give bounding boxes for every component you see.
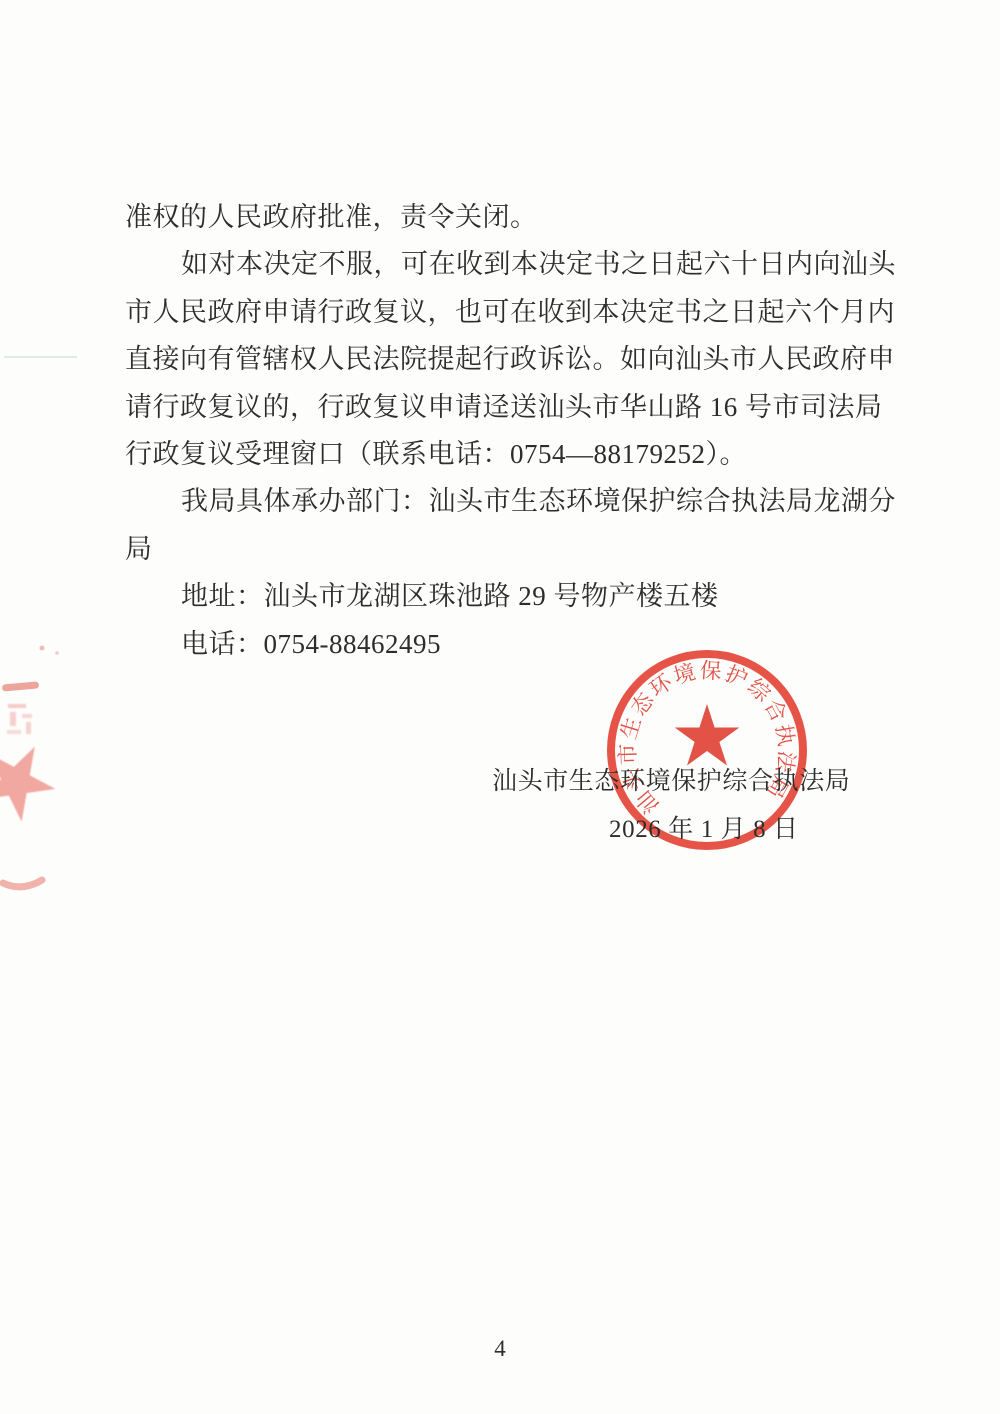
body-line: 电话：0754-88462495 — [125, 621, 900, 668]
body-line: 准权的人民政府批准，责令关闭。 — [125, 194, 900, 241]
seal-star-icon — [675, 704, 740, 766]
body-line: 如对本决定不服，可在收到本决定书之日起六十日内向汕头 — [125, 241, 900, 288]
body-line: 行政复议受理窗口（联系电话：0754—88179252）。 — [125, 431, 900, 478]
stamp-speck — [55, 651, 59, 655]
body-line: 市人民政府申请行政复议，也可在收到本决定书之日起六个月内 — [125, 289, 900, 336]
stamp-bar-bottom — [3, 880, 42, 887]
document-body: 准权的人民政府批准，责令关闭。 如对本决定不服，可在收到本决定书之日起六十日内向… — [125, 194, 900, 668]
stamp-speck — [40, 646, 45, 651]
stamp-bar-top — [2, 681, 39, 691]
signature-date: 2026 年 1 月 8 日 — [609, 809, 799, 845]
signature-agency: 汕头市生态环境保护综合执法局 — [492, 761, 850, 797]
body-line: 直接向有管辖权人民法院提起行政诉讼。如向汕头市人民政府申 — [125, 336, 900, 383]
body-line: 局 — [125, 526, 900, 573]
stamp-glyph-fragments — [7, 704, 32, 734]
scanned-document-page: 汕头市生态环境保护综合执法局 准权的人民政府批准，责令关闭。 如对本决定不服，可… — [0, 0, 1000, 1414]
body-line: 我局具体承办部门：汕头市生态环境保护综合执法局龙湖分 — [125, 478, 900, 525]
body-line: 请行政复议的，行政复议申请迳送汕头市华山路 16 号市司法局 — [125, 384, 900, 431]
body-line: 地址：汕头市龙湖区珠池路 29 号物产楼五楼 — [125, 573, 900, 620]
partial-seal-transfer — [0, 630, 70, 900]
scan-artifact-line — [4, 356, 77, 358]
page-number: 4 — [0, 1336, 1000, 1362]
stamp-star — [0, 739, 62, 826]
